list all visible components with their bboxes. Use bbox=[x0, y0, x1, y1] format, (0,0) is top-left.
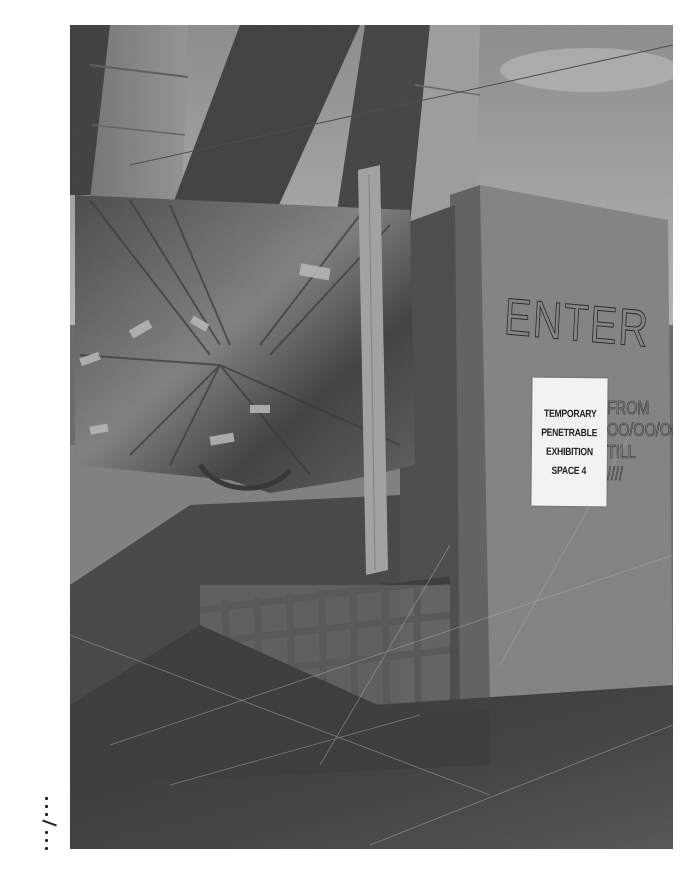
sign-line-1: TEMPORARY bbox=[543, 407, 596, 419]
graffiti-enter: ENTER bbox=[503, 287, 651, 360]
graffiti-line-marks: //// bbox=[607, 463, 673, 485]
graffiti-line-till: TILL bbox=[607, 441, 673, 463]
slash-mark bbox=[42, 819, 57, 826]
sign-line-2: PENETRABLE bbox=[542, 426, 598, 438]
photograph: ENTER TEMPORARY PENETRABLE EXHIBITION SP… bbox=[70, 25, 673, 849]
sign-line-4: SPACE 4 bbox=[552, 464, 587, 476]
graffiti-line-from: FROM bbox=[607, 397, 673, 419]
exhibition-sign: TEMPORARY PENETRABLE EXHIBITION SPACE 4 bbox=[531, 378, 607, 507]
sign-line-3: EXHIBITION bbox=[546, 445, 593, 457]
graffiti-dates: FROM OO/OO/OO TILL //// bbox=[607, 397, 673, 485]
page-marker bbox=[41, 797, 55, 853]
graffiti-line-date: OO/OO/OO bbox=[607, 419, 673, 441]
